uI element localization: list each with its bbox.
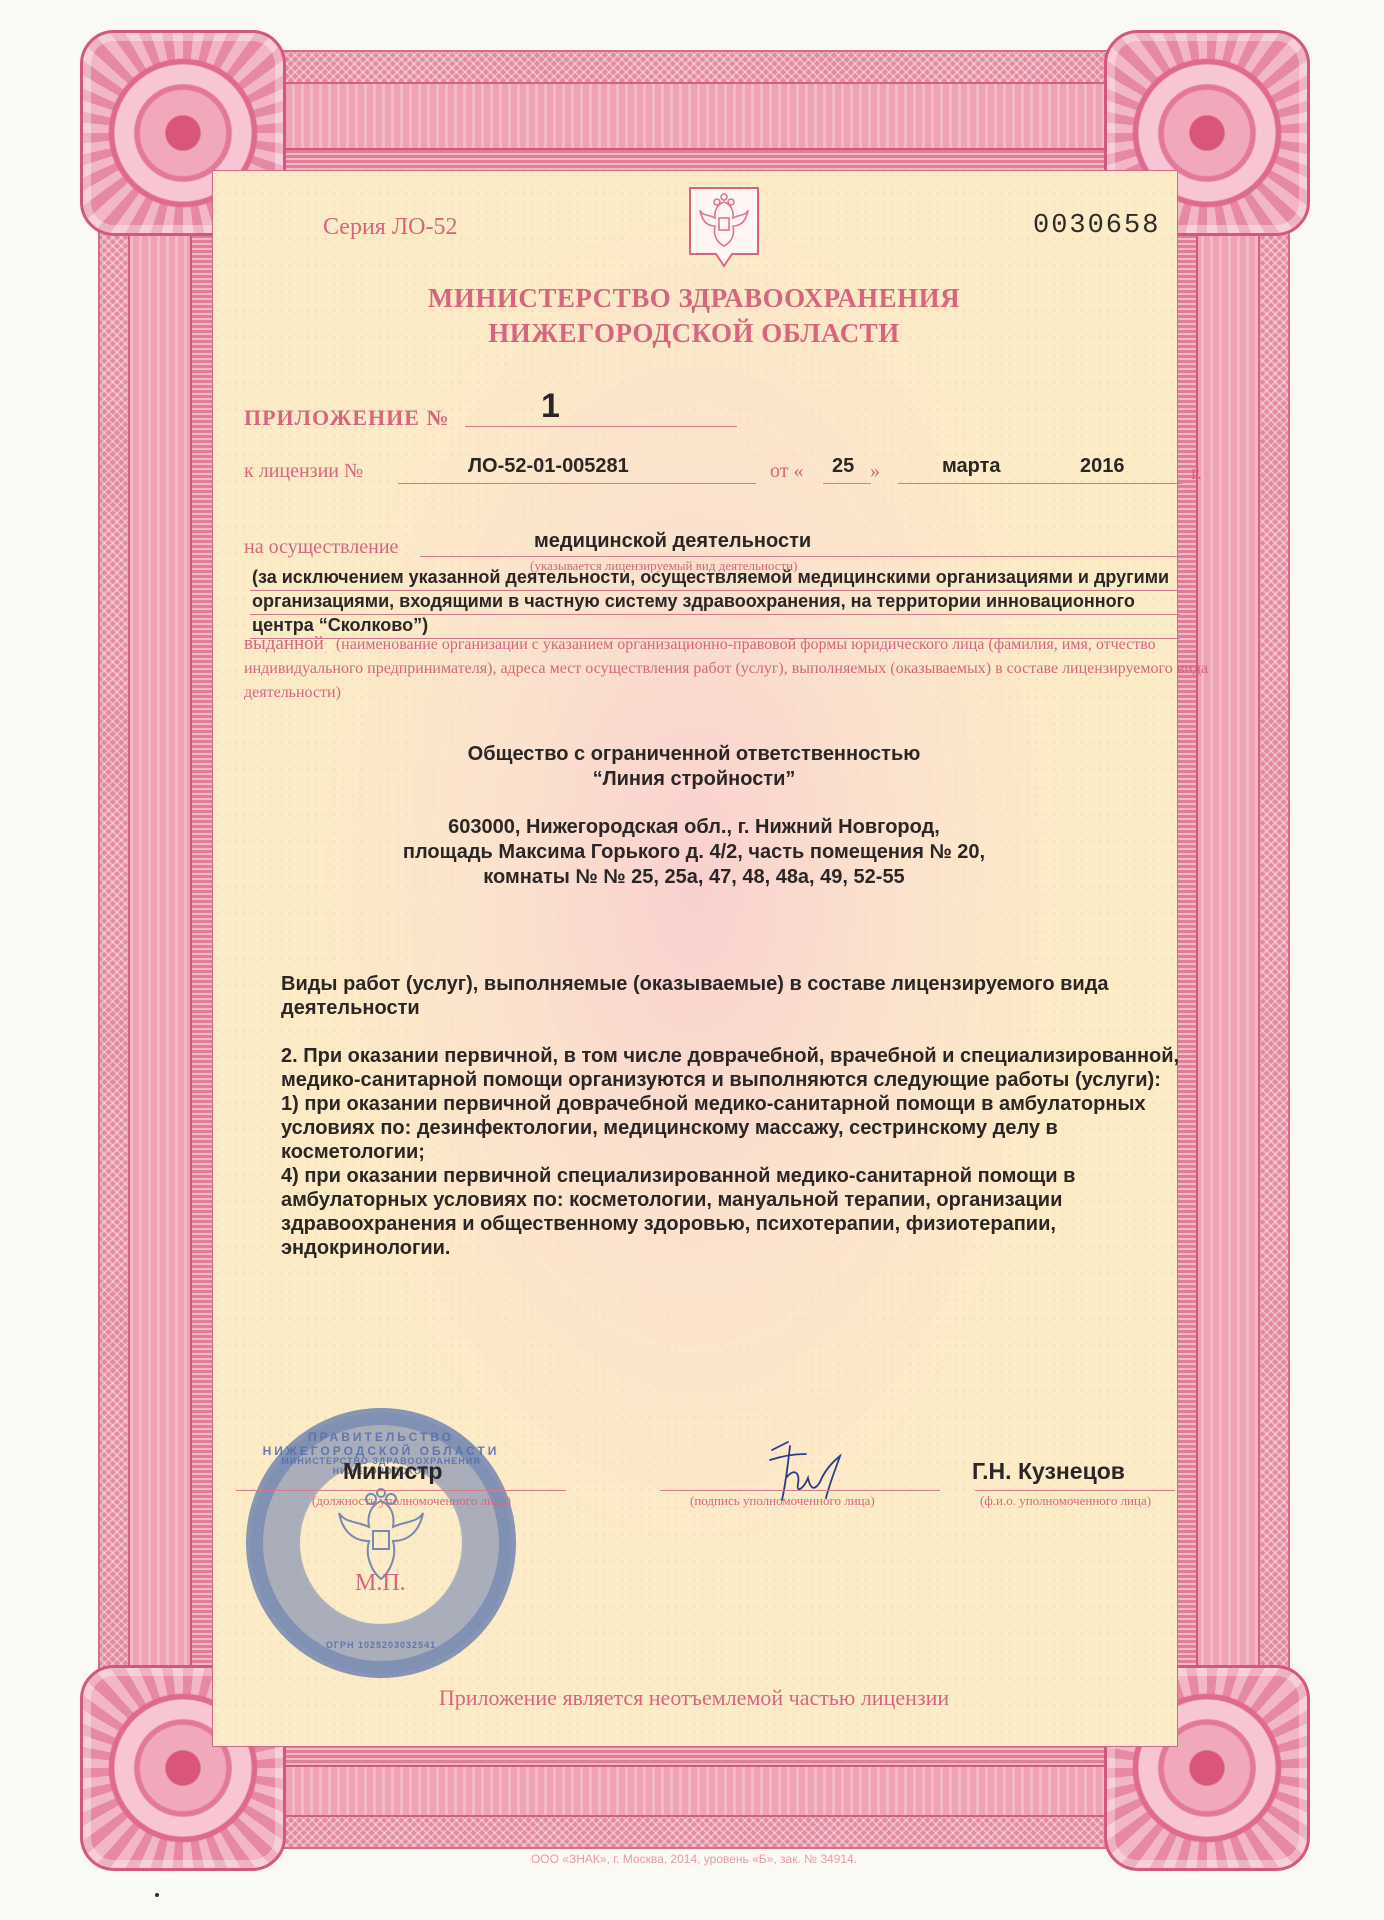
date-close-quote: »	[870, 460, 880, 483]
role-hint: (должность уполномоченного лица)	[312, 1493, 511, 1509]
activity-underline	[420, 556, 1180, 557]
printer-imprint: ООО «ЗНАК», г. Москва, 2014, уровень «Б»…	[212, 1852, 1176, 1866]
name-hint: (ф.и.о. уполномоченного лица)	[980, 1493, 1151, 1509]
address-line-3: комнаты № № 25, 25а, 47, 48, 48а, 49, 52…	[212, 865, 1176, 890]
ministry-title-line2: НИЖЕГОРОДСКОЙ ОБЛАСТИ	[212, 318, 1176, 349]
activity-exception: (за исключением указанной деятельности, …	[252, 565, 1172, 637]
date-underline	[898, 483, 1182, 484]
appendix-label: ПРИЛОЖЕНИЕ №	[244, 405, 450, 431]
day-underline	[823, 483, 871, 484]
stamp-outer-text: ПРАВИТЕЛЬСТВО НИЖЕГОРОДСКОЙ ОБЛАСТИ	[250, 1430, 512, 1458]
appendix-underline	[465, 426, 737, 427]
stamp-ogrn: ОГРН 1025203032541	[250, 1640, 512, 1650]
serial-number: 0030658	[1033, 211, 1160, 241]
name-underline	[975, 1490, 1175, 1491]
exception-underline-1	[250, 590, 1180, 591]
seal-mark: М.П.	[355, 1570, 406, 1597]
year-suffix: г.	[1191, 462, 1202, 485]
signature-hint: (подпись уполномоченного лица)	[690, 1493, 875, 1509]
date-year: 2016	[1080, 455, 1125, 478]
issued-hint: (наименование организации с указанием ор…	[244, 636, 1208, 701]
works-item-2: 2. При оказании первичной, в том числе д…	[281, 1044, 1201, 1092]
activity-label: на осуществление	[244, 536, 398, 559]
appendix-number: 1	[541, 387, 560, 426]
issued-label: выданной	[244, 633, 324, 654]
activity-value: медицинской деятельности	[534, 530, 811, 553]
date-day: 25	[832, 455, 854, 478]
works-item-2-1: 1) при оказании первичной доврачебной ме…	[281, 1092, 1201, 1164]
coat-of-arms-icon	[688, 186, 760, 268]
official-seal: ПРАВИТЕЛЬСТВО НИЖЕГОРОДСКОЙ ОБЛАСТИ МИНИ…	[246, 1408, 516, 1678]
organization-address: 603000, Нижегородская обл., г. Нижний Но…	[212, 815, 1176, 890]
issued-hint-block: выданной (наименование организации с ука…	[244, 632, 1234, 705]
works-heading: Виды работ (услуг), выполняемые (оказыва…	[281, 972, 1201, 1020]
license-label: к лицензии №	[244, 460, 363, 483]
series-label: Серия ЛО-52	[323, 214, 457, 241]
exception-underline-2	[250, 614, 1180, 615]
organization-name: Общество с ограниченной ответственностью…	[212, 742, 1176, 792]
organization-title: “Линия стройности”	[212, 767, 1176, 792]
works-item-2-4: 4) при оказании первичной специализирова…	[281, 1164, 1201, 1260]
date-from-label: от «	[770, 460, 803, 483]
date-month: марта	[942, 455, 1001, 478]
scan-dot	[155, 1893, 159, 1897]
address-line-2: площадь Максима Горького д. 4/2, часть п…	[212, 840, 1176, 865]
address-line-1: 603000, Нижегородская обл., г. Нижний Но…	[212, 815, 1176, 840]
role-underline	[236, 1490, 566, 1491]
ministry-title-line1: МИНИСТЕРСТВО ЗДРАВООХРАНЕНИЯ	[212, 283, 1176, 314]
signature-underline	[660, 1490, 940, 1491]
organization-form: Общество с ограниченной ответственностью	[212, 742, 1176, 767]
works-section: Виды работ (услуг), выполняемые (оказыва…	[281, 972, 1201, 1260]
signatory-name: Г.Н. Кузнецов	[972, 1458, 1125, 1485]
license-underline	[398, 483, 756, 484]
appendix-footer-note: Приложение является неотъемлемой частью …	[212, 1685, 1176, 1711]
signatory-role: Министр	[343, 1458, 442, 1485]
license-number: ЛО-52-01-005281	[468, 455, 629, 478]
